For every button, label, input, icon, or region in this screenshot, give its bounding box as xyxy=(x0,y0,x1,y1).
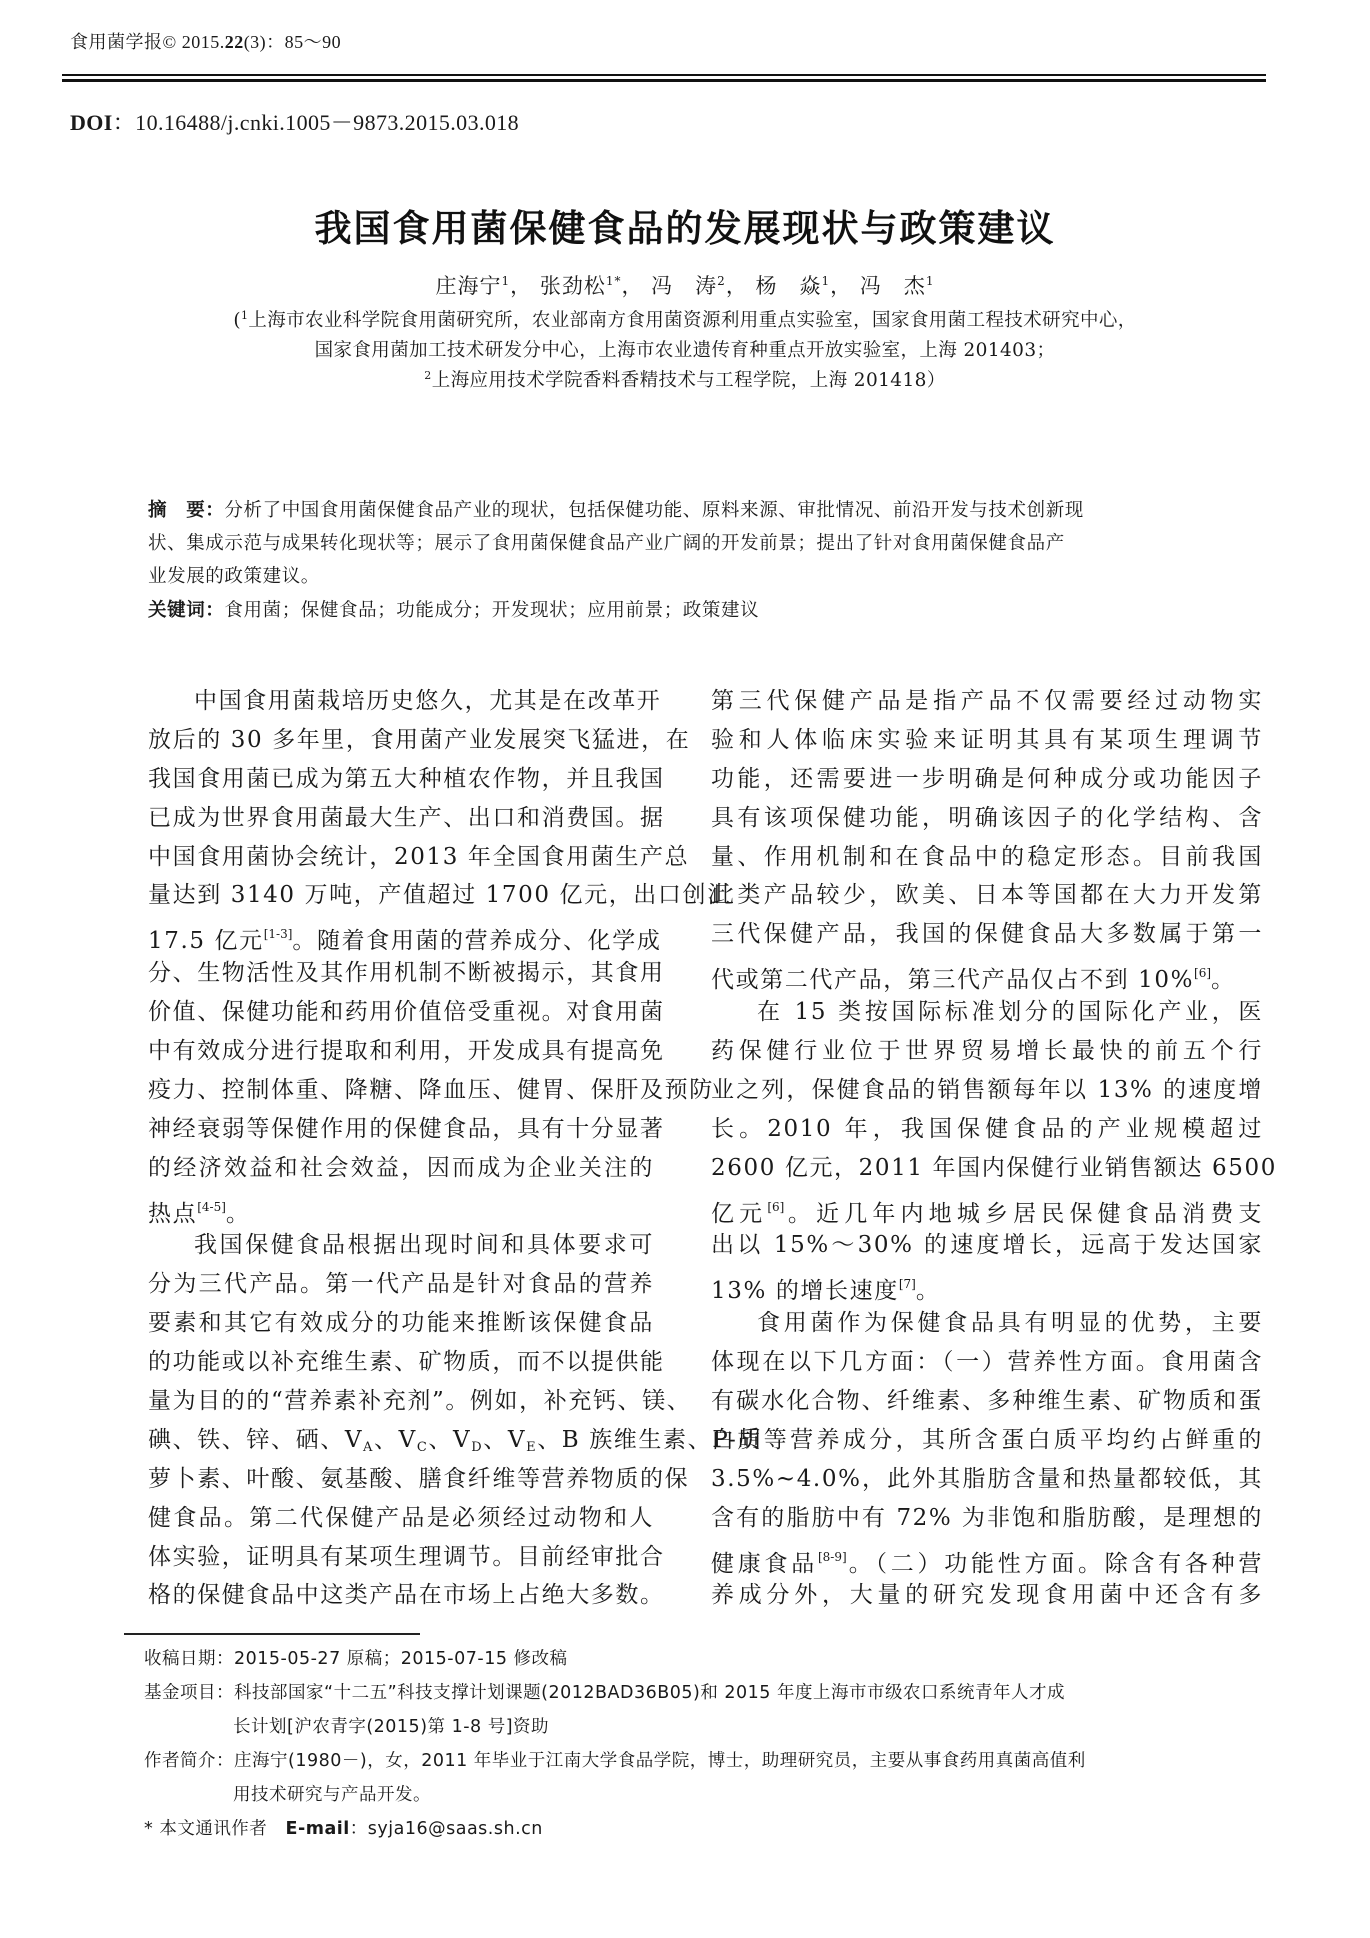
text-line: 的功能或以补充维生素、矿物质，而不以提供能 xyxy=(148,1343,654,1382)
footnote-funding: 基金项目：科技部国家“十二五”科技支撑计划课题(2012BAD36B05)和 2… xyxy=(144,1679,1065,1704)
text-line: 要素和其它有效成分的功能来推断该保健食品 xyxy=(148,1304,654,1343)
doi-label: DOI xyxy=(70,110,113,135)
text-line: 具有该项保健功能，明确该因子的化学结构、含 xyxy=(711,799,1263,838)
citation-ref: [6] xyxy=(1194,966,1211,980)
text-line: 养成分外，大量的研究发现食用菌中还含有多 xyxy=(711,1576,1263,1615)
footnote-corresponding: * 本文通讯作者 E-mail：syja16@saas.sh.cn xyxy=(144,1815,543,1840)
text-line: 食用菌作为保健食品具有明显的优势，主要 xyxy=(711,1304,1263,1343)
text-line: 萝卜素、叶酸、氨基酸、膳食纤维等营养物质的保 xyxy=(148,1460,654,1499)
text-line: 3.5%~4.0%，此外其脂肪含量和热量都较低，其 xyxy=(711,1460,1263,1499)
text-line: 量达到 3140 万吨，产值超过 1700 亿元，出口创汇 xyxy=(148,876,654,915)
header-rule xyxy=(62,74,1266,76)
affiliation-line-3: 2上海应用技术学院香料香精技术与工程学院，上海 201418） xyxy=(0,366,1370,392)
text-line: 在 15 类按国际标准划分的国际化产业，医 xyxy=(711,993,1263,1032)
abstract-line: 摘 要：分析了中国食用菌保健食品产业的现状，包括保健功能、原料来源、审批情况、前… xyxy=(148,494,1268,527)
text-line: 中有效成分进行提取和利用，开发成具有提高免 xyxy=(148,1032,654,1071)
abstract-line: 状、集成示范与成果转化现状等；展示了食用菌保健食品产业广阔的开发前景；提出了针对… xyxy=(148,527,1268,560)
doi: DOI：10.16488/j.cnki.1005－9873.2015.03.01… xyxy=(70,106,519,137)
text-line: 中国食用菌协会统计，2013 年全国食用菌生产总 xyxy=(148,838,654,877)
footnote-rule xyxy=(124,1633,420,1635)
affiliation-line-1: (1上海市农业科学院食用菌研究所，农业部南方食用菌资源利用重点实验室，国家食用菌… xyxy=(0,306,1370,332)
journal-issue-pages: (3)：85～90 xyxy=(244,32,342,52)
affiliation-line-2: 国家食用菌加工技术研发分中心，上海市农业遗传育种重点开放实验室，上海 20140… xyxy=(0,336,1370,362)
author: 冯 杰1 xyxy=(860,274,935,298)
keywords: 关键词：食用菌；保健食品；功能成分；开发现状；应用前景；政策建议 xyxy=(148,596,759,622)
text-line: 长。2010 年，我国保健食品的产业规模超过 xyxy=(711,1110,1263,1149)
text-line: 含有的脂肪中有 72% 为非饱和脂肪酸，是理想的 xyxy=(711,1499,1263,1538)
text-line: 热点[4-5]。 xyxy=(148,1188,654,1227)
text-line: 体实验，证明具有某项生理调节。目前经审批合 xyxy=(148,1538,654,1577)
citation-ref: [4-5] xyxy=(197,1200,226,1214)
text-line: 分、生物活性及其作用机制不断被揭示，其食用 xyxy=(148,954,654,993)
author: 冯 涛2 xyxy=(651,274,726,298)
text-line: 我国食用菌已成为第五大种植农作物，并且我国 xyxy=(148,760,654,799)
journal-name: 食用菌学报 xyxy=(70,32,163,52)
text-line: 疫力、控制体重、降糖、降血压、健胃、保肝及预防 xyxy=(148,1071,654,1110)
text-line: 体现在以下几方面：（一）营养性方面。食用菌含 xyxy=(711,1343,1263,1382)
citation-ref: [8-9] xyxy=(818,1550,847,1564)
text-line: 2600 亿元，2011 年国内保健行业销售额达 6500 xyxy=(711,1149,1263,1188)
text-line: 健食品。第二代保健产品是必须经过动物和人 xyxy=(148,1499,654,1538)
text-line: 碘、铁、锌、硒、VA、VC、VD、VE、B 族维生素、P-胡 xyxy=(148,1421,654,1460)
text-line: 出以 15%～30% 的速度增长，远高于发达国家 xyxy=(711,1226,1263,1265)
text-line: 价值、保健功能和药用价值倍受重视。对食用菌 xyxy=(148,993,654,1032)
text-line: 白质等营养成分，其所含蛋白质平均约占鲜重的 xyxy=(711,1421,1263,1460)
footnote-funding-cont: 长计划[沪农青字(2015)第 1-8 号]资助 xyxy=(233,1713,549,1738)
journal-volume: 22 xyxy=(225,32,244,52)
body-column-right: 第三代保健产品是指产品不仅需要经过动物实验和人体临床实验来证明其具有某项生理调节… xyxy=(711,682,1263,1615)
header-rule-thick xyxy=(62,79,1266,82)
journal-year: 2015. xyxy=(182,32,225,52)
text-line: 有碳水化合物、纤维素、多种维生素、矿物质和蛋 xyxy=(711,1382,1263,1421)
author: 庄海宁1 xyxy=(436,274,511,298)
text-line: 放后的 30 多年里，食用菌产业发展突飞猛进，在 xyxy=(148,721,654,760)
text-line: 神经衰弱等保健作用的保健食品，具有十分显著 xyxy=(148,1110,654,1149)
text-line: 亿元[6]。近几年内地城乡居民保健食品消费支 xyxy=(711,1188,1263,1227)
abstract-label: 摘 要： xyxy=(148,500,224,521)
footnote-received: 收稿日期：2015-05-27 原稿；2015-07-15 修改稿 xyxy=(144,1645,568,1670)
text-line: 药保健行业位于世界贸易增长最快的前五个行 xyxy=(711,1032,1263,1071)
body-column-left: 中国食用菌栽培历史悠久，尤其是在改革开放后的 30 多年里，食用菌产业发展突飞猛… xyxy=(148,682,654,1615)
text-line: 分为三代产品。第一代产品是针对食品的营养 xyxy=(148,1265,654,1304)
abstract: 摘 要：分析了中国食用菌保健食品产业的现状，包括保健功能、原料来源、审批情况、前… xyxy=(148,494,1268,593)
text-line: 13% 的增长速度[7]。 xyxy=(711,1265,1263,1304)
page-title: 我国食用菌保健食品的发展现状与政策建议 xyxy=(0,198,1370,252)
author: 张劲松1* xyxy=(540,274,622,298)
text-line: 业之列，保健食品的销售额每年以 13% 的速度增 xyxy=(711,1071,1263,1110)
text-line: 第三代保健产品是指产品不仅需要经过动物实 xyxy=(711,682,1263,721)
text-line: 此类产品较少，欧美、日本等国都在大力开发第 xyxy=(711,876,1263,915)
footnote-author-bio: 作者简介：庄海宁(1980－)，女，2011 年毕业于江南大学食品学院，博士，助… xyxy=(144,1747,1086,1772)
text-line: 量为目的的“营养素补充剂”。例如，补充钙、镁、 xyxy=(148,1382,654,1421)
doi-value: ：10.16488/j.cnki.1005－9873.2015.03.018 xyxy=(113,110,519,135)
text-line: 的经济效益和社会效益，因而成为企业关注的 xyxy=(148,1149,654,1188)
text-line: 17.5 亿元[1-3]。随着食用菌的营养成分、化学成 xyxy=(148,915,654,954)
text-line: 健康食品[8-9]。（二）功能性方面。除含有各种营 xyxy=(711,1538,1263,1577)
text-line: 代或第二代产品，第三代产品仅占不到 10%[6]。 xyxy=(711,954,1263,993)
text-line: 量、作用机制和在食品中的稳定形态。目前我国 xyxy=(711,838,1263,877)
citation-ref: [6] xyxy=(767,1200,784,1214)
text-line: 验和人体临床实验来证明其具有某项生理调节 xyxy=(711,721,1263,760)
author-list: 庄海宁1， 张劲松1*， 冯 涛2， 杨 焱1， 冯 杰1 xyxy=(0,270,1370,300)
copyright-symbol: © xyxy=(163,32,177,52)
email-link[interactable]: ：syja16@saas.sh.cn xyxy=(350,1819,543,1839)
footnote-author-bio-cont: 用技术研究与产品开发。 xyxy=(233,1781,431,1806)
abstract-line: 业发展的政策建议。 xyxy=(148,560,1268,593)
text-line: 三代保健产品，我国的保健食品大多数属于第一 xyxy=(711,915,1263,954)
keywords-text: 食用菌；保健食品；功能成分；开发现状；应用前景；政策建议 xyxy=(224,600,759,621)
running-head: 食用菌学报© 2015.22(3)：85～90 xyxy=(70,28,341,54)
text-line: 我国保健食品根据出现时间和具体要求可 xyxy=(148,1226,654,1265)
citation-ref: [7] xyxy=(899,1277,916,1291)
text-line: 中国食用菌栽培历史悠久，尤其是在改革开 xyxy=(148,682,654,721)
citation-ref: [1-3] xyxy=(264,927,293,941)
author: 杨 焱1 xyxy=(756,274,831,298)
keywords-label: 关键词： xyxy=(148,600,224,621)
text-line: 功能，还需要进一步明确是何种成分或功能因子 xyxy=(711,760,1263,799)
text-line: 已成为世界食用菌最大生产、出口和消费国。据 xyxy=(148,799,654,838)
text-line: 格的保健食品中这类产品在市场上占绝大多数。 xyxy=(148,1576,654,1615)
